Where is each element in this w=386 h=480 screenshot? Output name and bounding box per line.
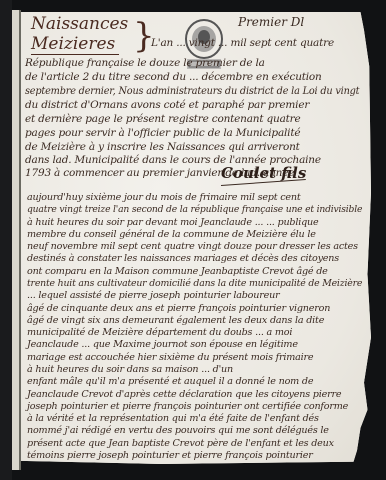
preamble-line: septembre dernier, Nous administrateurs … — [25, 84, 359, 98]
body-line: à huit heures du soir par devant moi Jea… — [27, 217, 319, 229]
preamble-line: L'an ... vingt ... mil sept cent quatre — [151, 36, 331, 50]
body-line: âgé de vingt six ans demeurant également… — [27, 315, 324, 327]
preamble-line: et dernière page le présent registre con… — [25, 112, 301, 126]
preamble-line: pages pour servir à l'officier public de… — [25, 126, 300, 140]
preamble-line: République française le douze le premier… — [25, 56, 265, 70]
body-line: à la vérité et la représentation qui m'a… — [27, 413, 319, 425]
body-line: âgé de cinquante deux ans et pierre fran… — [27, 303, 330, 315]
body-line: municipalité de Meizière département du … — [27, 327, 292, 339]
body-line: destinés à constater les naissances mari… — [27, 253, 339, 265]
preamble-line: de Meizière à y inscrire les Naissances … — [25, 140, 300, 154]
margin-title: Naissances Meizieres — [31, 14, 128, 55]
body-line: membre du conseil général de la commune … — [27, 229, 316, 241]
body-line: ont comparu en la Maison commune Jeanbap… — [27, 266, 328, 278]
scanner-left-edge — [0, 0, 12, 480]
body-line: Jeanclaude Crevot d'après cette déclarat… — [27, 389, 341, 401]
body-line: nommé j'ai rédigé en vertu des pouvoirs … — [27, 425, 329, 437]
binding-strip — [12, 10, 21, 470]
body-line: présent acte que Jean baptiste Crevot pè… — [27, 438, 334, 450]
preamble-line: de l'article 2 du titre second du ... dé… — [25, 70, 322, 84]
body-line: aujourd'huy sixième jour du mois de frim… — [27, 192, 301, 204]
margin-title-line-2: Meizieres — [31, 34, 119, 55]
body-line: quatre vingt treize l'an second de la ré… — [27, 204, 362, 216]
body-line: ... lequel assisté de pierre joseph poin… — [27, 290, 279, 302]
register-page: Naissances Meizieres } Premier Dl L'an .… — [21, 12, 371, 464]
body-line: mariage est accouchée hier sixième du pr… — [27, 352, 313, 364]
body-line: témoins pierre joseph pointurier et pier… — [27, 450, 313, 462]
body-line: enfant mâle qu'il m'a présenté et auquel… — [27, 376, 313, 388]
body-line: à huit heures du soir dans sa maison ...… — [27, 364, 233, 376]
register-number: Premier Dl — [238, 15, 304, 29]
body-line: neuf novembre mil sept cent quatre vingt… — [27, 241, 358, 253]
body-line: Jeanclaude ... que Maxime journot son ép… — [27, 339, 298, 351]
body-line: trente huit ans cultivateur domicilié da… — [27, 278, 362, 290]
preamble-line: du district d'Ornans avons coté et parap… — [25, 98, 309, 112]
body-line: joseph pointurier et pierre françois poi… — [27, 401, 348, 413]
margin-title-line-1: Naissances — [31, 14, 128, 34]
